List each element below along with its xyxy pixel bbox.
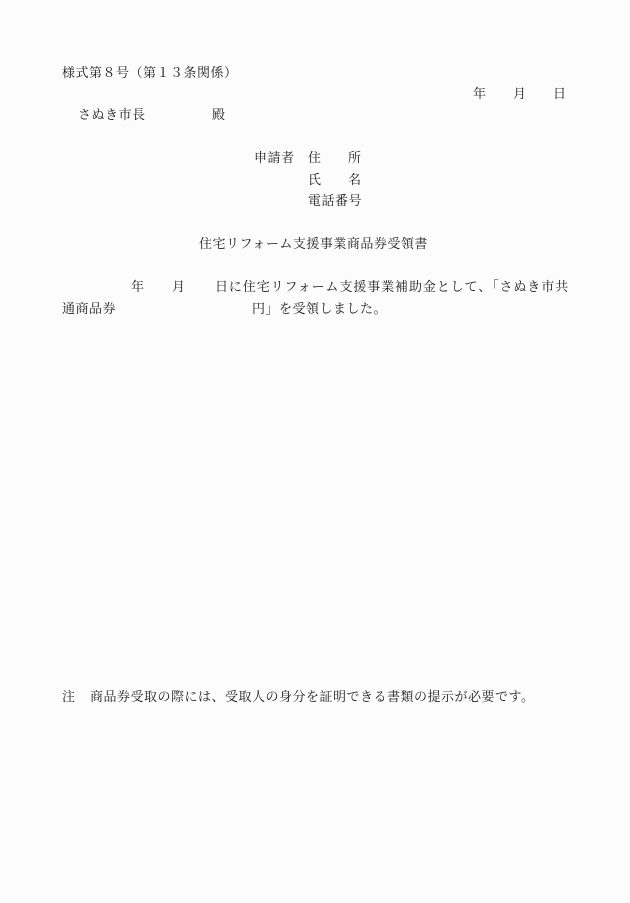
document-title: 住宅リフォーム支援事業商品券受領書 — [199, 238, 428, 251]
addressee-name: さぬき市長 — [78, 109, 146, 122]
form-number: 様式第８号（第１３条関係） — [62, 67, 238, 80]
note-label: 注 — [62, 691, 76, 704]
applicant-label: 申請者 — [254, 152, 295, 165]
body-year-label: 年 — [131, 281, 145, 294]
address-label-part2: 所 — [348, 152, 362, 165]
name-label-part2: 名 — [348, 174, 362, 187]
body-month-label: 月 — [172, 281, 186, 294]
body-line2-start: 通商品券 — [62, 303, 116, 316]
addressee-honorific: 殿 — [212, 109, 226, 122]
address-label-part1: 住 — [308, 152, 322, 165]
note-text: 商品券受取の際には、受取人の身分を証明できる書類の提示が必要です。 — [90, 691, 534, 704]
date-year-label: 年 — [473, 88, 487, 101]
date-month-label: 月 — [513, 88, 527, 101]
name-label-part1: 氏 — [308, 174, 322, 187]
phone-label: 電話番号 — [308, 195, 362, 208]
body-line2-end: 円」を受領しました。 — [252, 303, 387, 316]
body-line1-text: 日に住宅リフォーム支援事業補助金として、「さぬき市共 — [215, 281, 569, 294]
date-day-label: 日 — [553, 88, 567, 101]
document-page: 様式第８号（第１３条関係） 年 月 日 さぬき市長 殿 申請者 住 所 氏 名 … — [0, 0, 630, 903]
